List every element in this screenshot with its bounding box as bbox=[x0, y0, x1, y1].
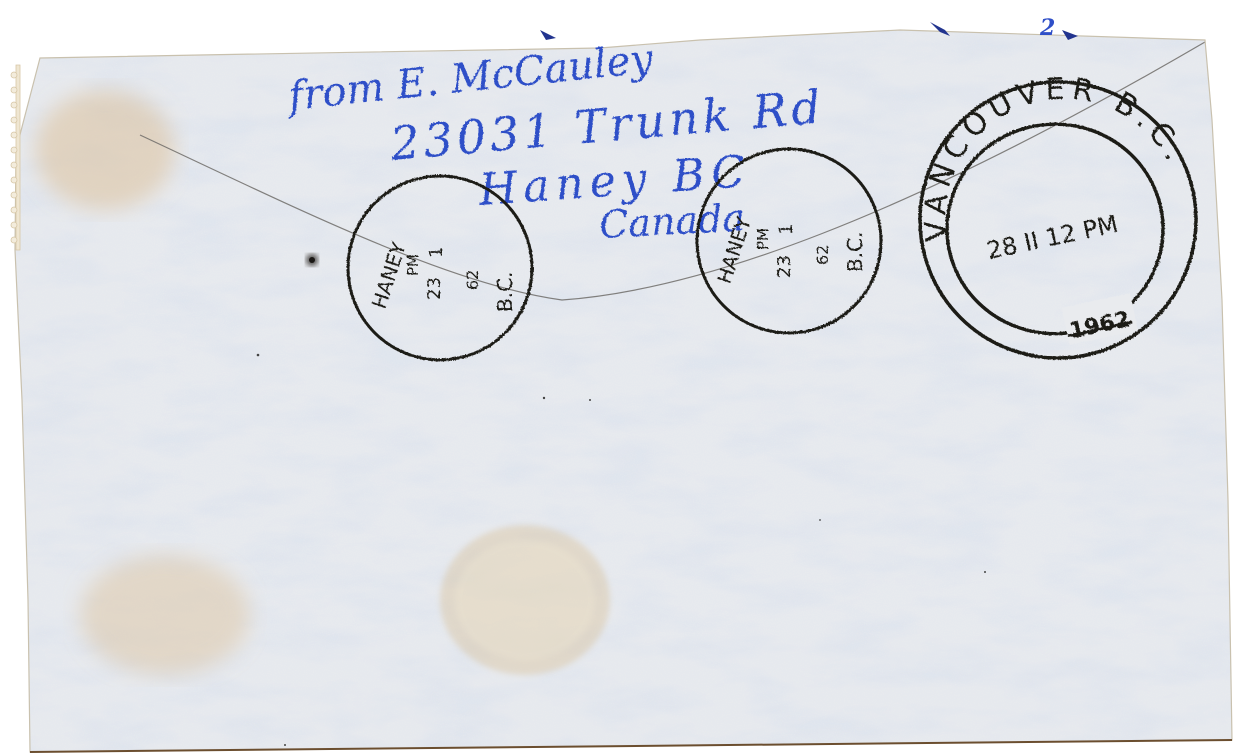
stain-bottom-center bbox=[440, 525, 610, 675]
svg-text:B.C.: B.C. bbox=[843, 232, 867, 272]
svg-text:62: 62 bbox=[813, 245, 832, 265]
svg-text:1: 1 bbox=[426, 247, 447, 258]
stain-bottom-left bbox=[80, 555, 250, 675]
stain-top-left bbox=[35, 90, 175, 210]
svg-text:62: 62 bbox=[463, 270, 482, 290]
svg-text:B.C.: B.C. bbox=[493, 272, 517, 312]
svg-text:PM: PM bbox=[404, 254, 422, 276]
svg-text:2: 2 bbox=[1039, 15, 1055, 41]
svg-text:PM: PM bbox=[754, 228, 772, 250]
svg-text:23: 23 bbox=[774, 255, 795, 278]
svg-text:23: 23 bbox=[424, 277, 445, 300]
svg-text:1: 1 bbox=[776, 224, 797, 235]
envelope-back: 2 from E. McCauley 23031 Trunk Rd Haney … bbox=[0, 0, 1239, 755]
